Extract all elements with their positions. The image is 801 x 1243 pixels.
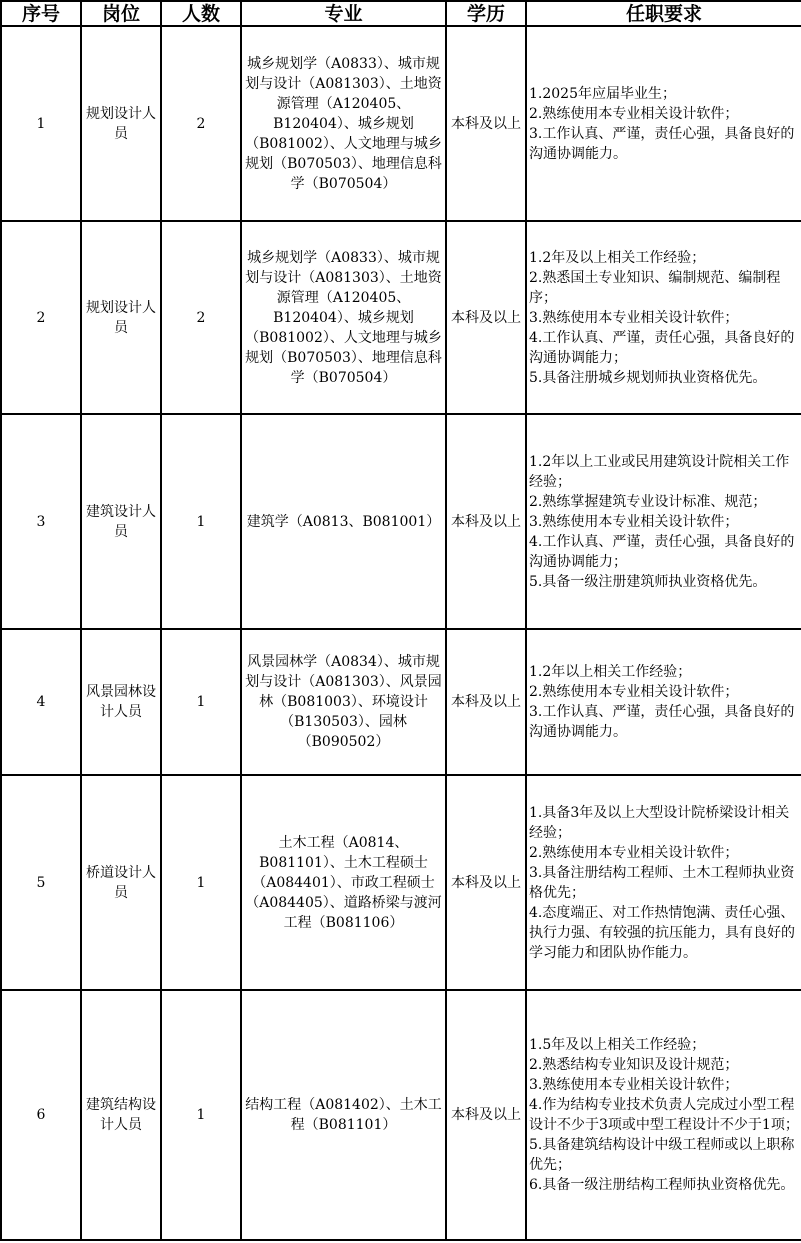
requirement-item: 3.熟练使用本专业相关设计软件；: [529, 1075, 799, 1095]
requirement-item: 1.5年及以上相关工作经验；: [529, 1035, 799, 1055]
cell-requirements: 1.2年以上工业或民用建筑设计院相关工作经验； 2.熟练掌握建筑专业设计标准、规…: [526, 414, 801, 629]
cell-no: 2: [1, 221, 81, 414]
recruitment-table: 序号 岗位 人数 专业 学历 任职要求 1 规划设计人员 2 城乡规划学（A08…: [0, 0, 801, 1241]
requirement-item: 1.2年以上相关工作经验；: [529, 662, 799, 682]
table-row: 3 建筑设计人员 1 建筑学（A0813、B081001） 本科及以上 1.2年…: [1, 414, 801, 629]
cell-requirements: 1.具备3年及以上大型设计院桥梁设计相关经验； 2.熟练使用本专业相关设计软件；…: [526, 775, 801, 990]
requirement-item: 3.熟练使用本专业相关设计软件；: [529, 512, 799, 532]
cell-major: 建筑学（A0813、B081001）: [241, 414, 446, 629]
header-major: 专业: [241, 1, 446, 26]
cell-position: 建筑结构设计人员: [81, 990, 161, 1240]
cell-education: 本科及以上: [446, 414, 526, 629]
requirement-item: 5.具备一级注册建筑师执业资格优先。: [529, 572, 799, 592]
header-education: 学历: [446, 1, 526, 26]
header-no: 序号: [1, 1, 81, 26]
requirement-item: 2.熟练使用本专业相关设计软件；: [529, 104, 799, 124]
requirement-item: 3.工作认真、严谨，责任心强，具备良好的沟通协调能力。: [529, 702, 799, 742]
cell-position: 建筑设计人员: [81, 414, 161, 629]
table-row: 5 桥道设计人员 1 土木工程（A0814、B081101）、土木工程硕士（A0…: [1, 775, 801, 990]
requirement-item: 1.2年以上工业或民用建筑设计院相关工作经验；: [529, 452, 799, 492]
table-row: 1 规划设计人员 2 城乡规划学（A0833）、城市规划与设计（A081303）…: [1, 26, 801, 221]
cell-requirements: 1.2年以上相关工作经验； 2.熟练使用本专业相关设计软件； 3.工作认真、严谨…: [526, 629, 801, 775]
cell-education: 本科及以上: [446, 26, 526, 221]
cell-position: 桥道设计人员: [81, 775, 161, 990]
cell-major: 城乡规划学（A0833）、城市规划与设计（A081303）、土地资源管理（A12…: [241, 221, 446, 414]
requirement-item: 4.工作认真、严谨，责任心强，具备良好的沟通协调能力；: [529, 532, 799, 572]
requirement-item: 2.熟悉结构专业知识及设计规范；: [529, 1055, 799, 1075]
requirement-item: 1.具备3年及以上大型设计院桥梁设计相关经验；: [529, 803, 799, 843]
requirement-item: 4.态度端正、对工作热情饱满、责任心强、执行力强、有较强的抗压能力，具有良好的学…: [529, 903, 799, 963]
cell-no: 5: [1, 775, 81, 990]
requirement-item: 1.2025年应届毕业生；: [529, 84, 799, 104]
requirement-item: 6.具备一级注册结构工程师执业资格优先。: [529, 1175, 799, 1195]
cell-no: 4: [1, 629, 81, 775]
header-requirements: 任职要求: [526, 1, 801, 26]
requirement-item: 3.熟练使用本专业相关设计软件；: [529, 308, 799, 328]
requirement-item: 4.工作认真、严谨，责任心强，具备良好的沟通协调能力；: [529, 328, 799, 368]
requirement-item: 3.具备注册结构工程师、土木工程师执业资格优先；: [529, 863, 799, 903]
cell-count: 1: [161, 990, 241, 1240]
cell-position: 规划设计人员: [81, 26, 161, 221]
cell-position: 规划设计人员: [81, 221, 161, 414]
requirement-item: 5.具备建筑结构设计中级工程师或以上职称优先；: [529, 1135, 799, 1175]
cell-count: 1: [161, 414, 241, 629]
requirement-item: 1.2年及以上相关工作经验；: [529, 248, 799, 268]
cell-no: 1: [1, 26, 81, 221]
cell-no: 6: [1, 990, 81, 1240]
requirement-item: 3.工作认真、严谨，责任心强，具备良好的沟通协调能力。: [529, 124, 799, 164]
cell-education: 本科及以上: [446, 775, 526, 990]
table-row: 4 风景园林设计人员 1 风景园林学（A0834）、城市规划与设计（A08130…: [1, 629, 801, 775]
cell-count: 1: [161, 629, 241, 775]
cell-major: 土木工程（A0814、B081101）、土木工程硕士（A084401）、市政工程…: [241, 775, 446, 990]
cell-major: 城乡规划学（A0833）、城市规划与设计（A081303）、土地资源管理（A12…: [241, 26, 446, 221]
cell-count: 2: [161, 221, 241, 414]
cell-count: 1: [161, 775, 241, 990]
requirement-item: 2.熟练掌握建筑专业设计标准、规范；: [529, 492, 799, 512]
cell-count: 2: [161, 26, 241, 221]
header-row: 序号 岗位 人数 专业 学历 任职要求: [1, 1, 801, 26]
cell-major: 结构工程（A081402）、土木工程（B081101）: [241, 990, 446, 1240]
cell-requirements: 1.5年及以上相关工作经验； 2.熟悉结构专业知识及设计规范； 3.熟练使用本专…: [526, 990, 801, 1240]
cell-education: 本科及以上: [446, 629, 526, 775]
header-position: 岗位: [81, 1, 161, 26]
cell-requirements: 1.2025年应届毕业生； 2.熟练使用本专业相关设计软件； 3.工作认真、严谨…: [526, 26, 801, 221]
table-row: 2 规划设计人员 2 城乡规划学（A0833）、城市规划与设计（A081303）…: [1, 221, 801, 414]
cell-education: 本科及以上: [446, 990, 526, 1240]
cell-position: 风景园林设计人员: [81, 629, 161, 775]
cell-requirements: 1.2年及以上相关工作经验； 2.熟悉国土专业知识、编制规范、编制程序； 3.熟…: [526, 221, 801, 414]
cell-major: 风景园林学（A0834）、城市规划与设计（A081303）、风景园林（B0810…: [241, 629, 446, 775]
requirement-item: 5.具备注册城乡规划师执业资格优先。: [529, 368, 799, 388]
cell-no: 3: [1, 414, 81, 629]
requirement-item: 2.熟练使用本专业相关设计软件；: [529, 843, 799, 863]
cell-education: 本科及以上: [446, 221, 526, 414]
requirement-item: 2.熟悉国土专业知识、编制规范、编制程序；: [529, 268, 799, 308]
requirement-item: 4.作为结构专业技术负责人完成过小型工程设计不少于3项或中型工程设计不少于1项；: [529, 1095, 799, 1135]
requirement-item: 2.熟练使用本专业相关设计软件；: [529, 682, 799, 702]
header-count: 人数: [161, 1, 241, 26]
table-row: 6 建筑结构设计人员 1 结构工程（A081402）、土木工程（B081101）…: [1, 990, 801, 1240]
